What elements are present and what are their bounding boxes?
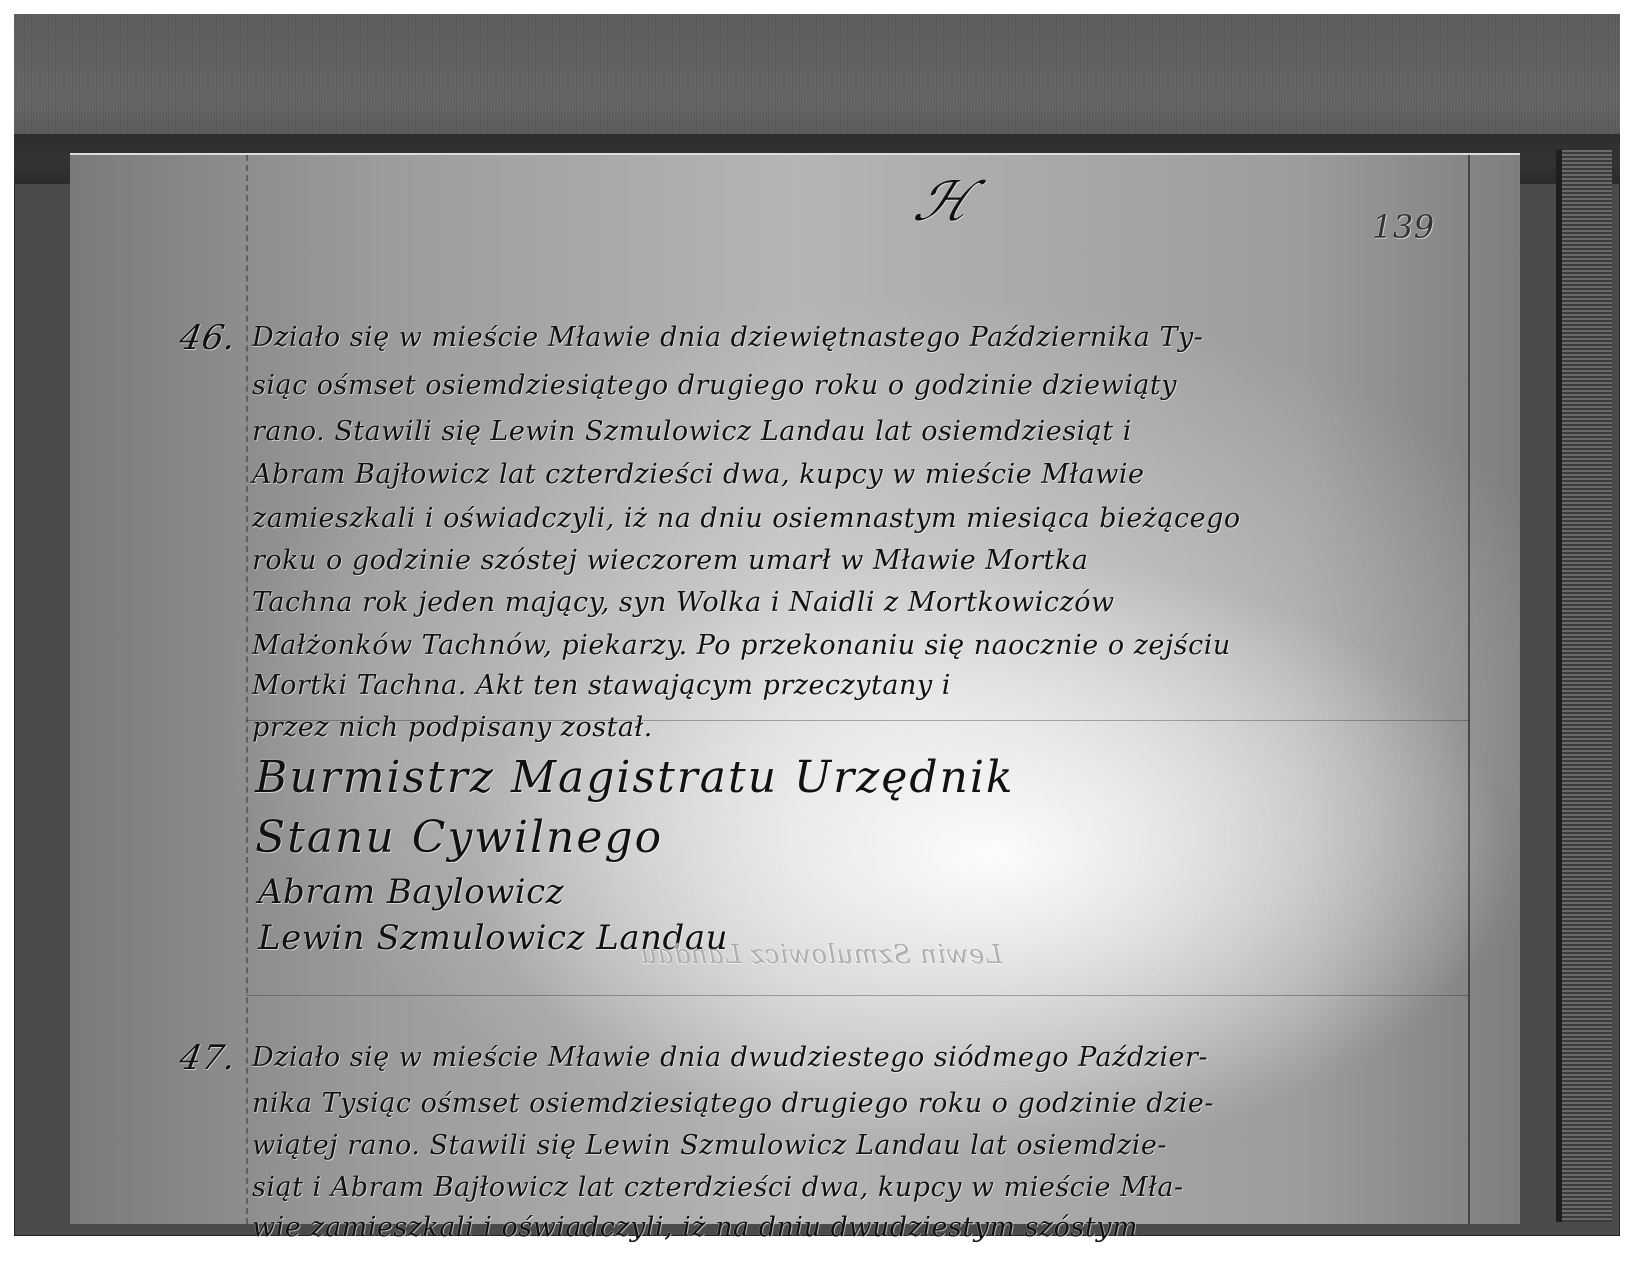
record-line: roku o godzinie szóstej wieczorem umarł … — [252, 545, 1088, 576]
record-line: Mortki Tachna. Akt ten stawającym przecz… — [252, 670, 951, 701]
official-signature-line-1: Burmistrz Magistratu Urzędnik — [255, 752, 1015, 803]
record-line: Tachna rok jeden mający, syn Wolka i Nai… — [252, 587, 1115, 618]
record-line: siąc ośmset osiemdziesiątego drugiego ro… — [252, 370, 1177, 401]
ink-bleed-through: Lewin Szmulowicz Landau — [640, 940, 1002, 970]
record-line: rano. Stawili się Lewin Szmulowicz Landa… — [252, 416, 1132, 447]
right-margin-line — [1468, 155, 1470, 1224]
entry-number: 46. — [176, 318, 239, 358]
record-line: wiątej rano. Stawili się Lewin Szmulowic… — [252, 1130, 1167, 1161]
witness-signature: Abram Baylowicz — [258, 872, 564, 912]
record-line: przez nich podpisany został. — [252, 712, 653, 743]
record-line: Działo się w mieście Mławie dnia dwudzie… — [252, 1042, 1208, 1073]
book-right-edge — [1556, 150, 1612, 1222]
book-top-edge — [14, 14, 1620, 139]
record-line: Małżonków Tachnów, piekarzy. Po przekona… — [252, 630, 1231, 661]
record-line: siąt i Abram Bajłowicz lat czterdzieści … — [252, 1172, 1184, 1203]
page-number: 139 — [1372, 208, 1435, 246]
left-margin-line — [246, 155, 248, 1224]
official-signature-line-2: Stanu Cywilnego — [255, 812, 663, 863]
record-line: nika Tysiąc ośmset osiemdziesiątego drug… — [252, 1088, 1214, 1119]
record-line: wie zamieszkali i oświadczyli, iż na dni… — [252, 1212, 1138, 1243]
record-line: zamieszkali i oświadczyli, iż na dniu os… — [252, 503, 1241, 534]
ruled-line — [246, 995, 1470, 996]
entry-number: 47. — [176, 1038, 239, 1078]
record-line: Działo się w mieście Mławie dnia dziewię… — [252, 322, 1203, 353]
record-line: Abram Bajłowicz lat czterdzieści dwa, ku… — [252, 459, 1144, 490]
